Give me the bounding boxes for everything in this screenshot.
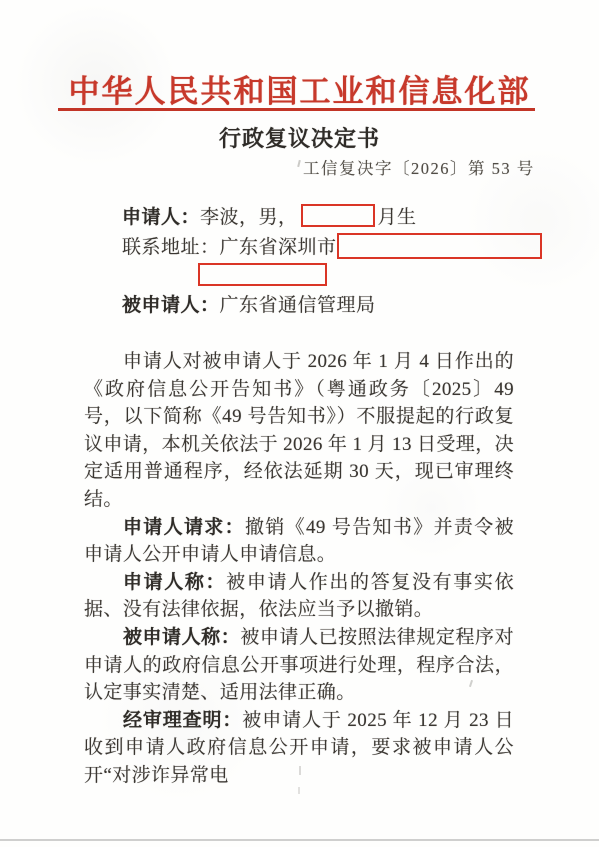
parties-block: 申请人：李波，男，月生 联系地址：广东省深圳市 被申请人：广东省通信管理局 [84,203,516,321]
paragraph-lead: 被申请人称： [123,627,240,648]
document-number: 工信复决字〔2026〕第 53 号 [303,155,515,179]
paragraph-lead: 申请人称： [123,572,226,593]
redaction-box-address-2 [198,263,327,286]
respondent-line: 被申请人：广东省通信管理局 [84,291,516,321]
applicant-value-prefix: 李波，男， [200,207,298,228]
scan-artifact-tick [297,160,301,167]
respondent-value: 广东省通信管理局 [220,295,376,316]
paragraph-case-summary: 申请人对被申请人于 2026 年 1 月 4 日作出的《政府信息公开告知书》（粤… [84,348,514,514]
applicant-line: 申请人：李波，男，月生 [84,203,516,233]
redaction-box-birth-date [301,204,375,227]
paragraph-lead: 申请人请求： [123,517,245,538]
paragraph-applicant-request: 申请人请求：撤销《49 号告知书》并责令被申请人公开申请人申请信息。 [84,514,514,569]
document-title: 行政复议决定书 [0,122,599,153]
paragraph-lead: 经审理查明： [123,710,242,731]
scanned-document-page: 中华人民共和国工业和信息化部 行政复议决定书 工信复决字〔2026〕第 53 号… [0,0,599,847]
scan-artifact-crease [298,787,300,794]
scan-bottom-edge-shadow [0,839,599,841]
scan-artifact-crease [299,766,301,775]
respondent-label: 被申请人： [122,295,220,316]
paragraph-text: 申请人对被申请人于 2026 年 1 月 4 日作出的《政府信息公开告知书》（粤… [84,351,514,510]
agency-title: 中华人民共和国工业和信息化部 [0,66,599,111]
paragraph-applicant-claim: 申请人称：被申请人作出的答复没有事实依据、没有法律依据，依法应当予以撤销。 [84,569,514,624]
header-red-divider [58,108,535,111]
paragraph-findings: 经审理查明：被申请人于 2025 年 12 月 23 日收到申请人政府信息公开申… [84,707,514,790]
redaction-box-address-1 [337,233,542,259]
applicant-label: 申请人： [122,207,200,228]
address-redacted-line [84,263,516,291]
paragraph-respondent-claim: 被申请人称：被申请人已按照法律规定程序对申请人的政府信息公开事项进行处理，程序合… [84,624,514,707]
address-value: 广东省深圳市 [220,237,337,258]
decision-body: 申请人对被申请人于 2026 年 1 月 4 日作出的《政府信息公开告知书》（粤… [84,348,514,790]
applicant-value-suffix: 月生 [378,207,417,228]
address-line: 联系地址：广东省深圳市 [84,233,516,263]
address-label: 联系地址： [122,237,220,258]
